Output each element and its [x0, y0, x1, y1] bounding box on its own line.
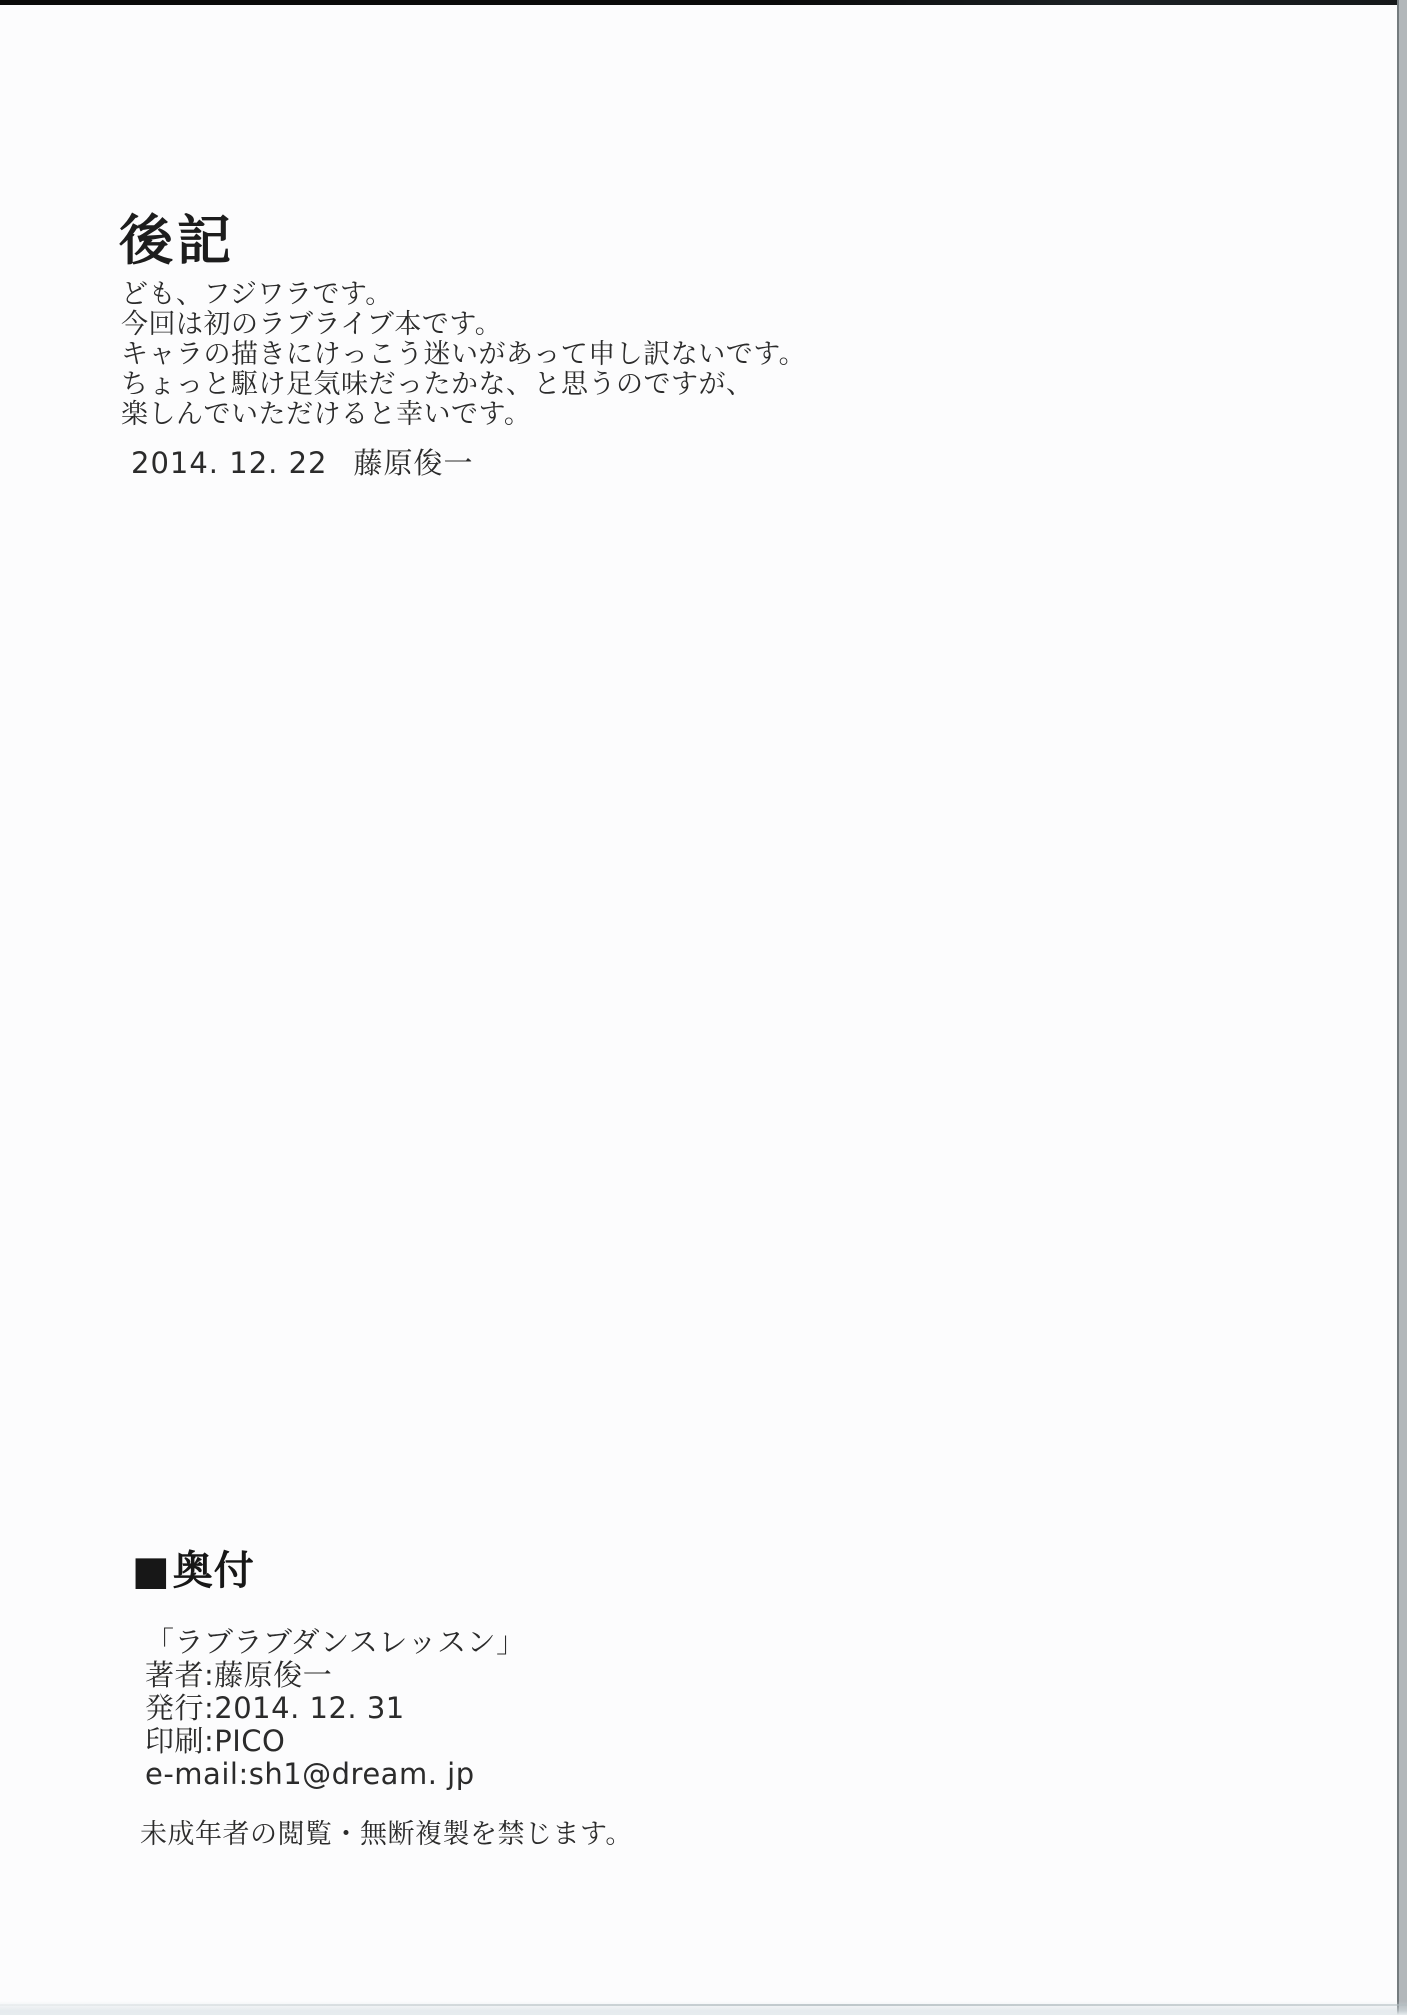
- afterword-line: ども、フジワラです。: [121, 280, 806, 310]
- afterword-line: キャラの描きにけっこう迷いがあって申し訳ないです。: [121, 340, 806, 370]
- colophon-book-title: 「ラブラブダンスレッスン」: [145, 1626, 526, 1659]
- afterword-author: 藤原俊一: [353, 446, 473, 480]
- afterword-line: 楽しんでいただけると幸いです。: [121, 400, 806, 430]
- scan-edge-top: [0, 0, 1407, 5]
- colophon-author-line: 著者:藤原俊一: [145, 1659, 526, 1692]
- afterword-date: 2014. 12. 22: [131, 446, 327, 480]
- afterword-paragraph: ども、フジワラです。 今回は初のラブライブ本です。 キャラの描きにけっこう迷いが…: [121, 280, 806, 430]
- afterword-dateline: 2014. 12. 22藤原俊一: [131, 441, 474, 482]
- scan-edge-right: [1397, 0, 1407, 2015]
- scanned-page: 後記 ども、フジワラです。 今回は初のラブライブ本です。 キャラの描きにけっこう…: [0, 0, 1407, 2015]
- afterword-title: 後記: [119, 211, 235, 270]
- square-bullet-icon: ■: [132, 1548, 171, 1594]
- colophon-header-label: 奥付: [173, 1548, 255, 1594]
- colophon-printer-line: 印刷:PICO: [145, 1725, 526, 1758]
- colophon-lines: 「ラブラブダンスレッスン」 著者:藤原俊一 発行:2014. 12. 31 印刷…: [145, 1626, 526, 1791]
- afterword-line: ちょっと駆け足気味だったかな、と思うのですが、: [121, 370, 806, 400]
- colophon-publish-line: 発行:2014. 12. 31: [145, 1692, 526, 1725]
- disclaimer-text: 未成年者の閲覧・無断複製を禁じます。: [140, 1812, 633, 1851]
- colophon-email-line: e-mail:sh1@dream. jp: [145, 1758, 526, 1791]
- colophon-header: ■ 奥付: [132, 1548, 255, 1594]
- scan-edge-bottom-line: [0, 2004, 1407, 2006]
- afterword-line: 今回は初のラブライブ本です。: [121, 310, 806, 340]
